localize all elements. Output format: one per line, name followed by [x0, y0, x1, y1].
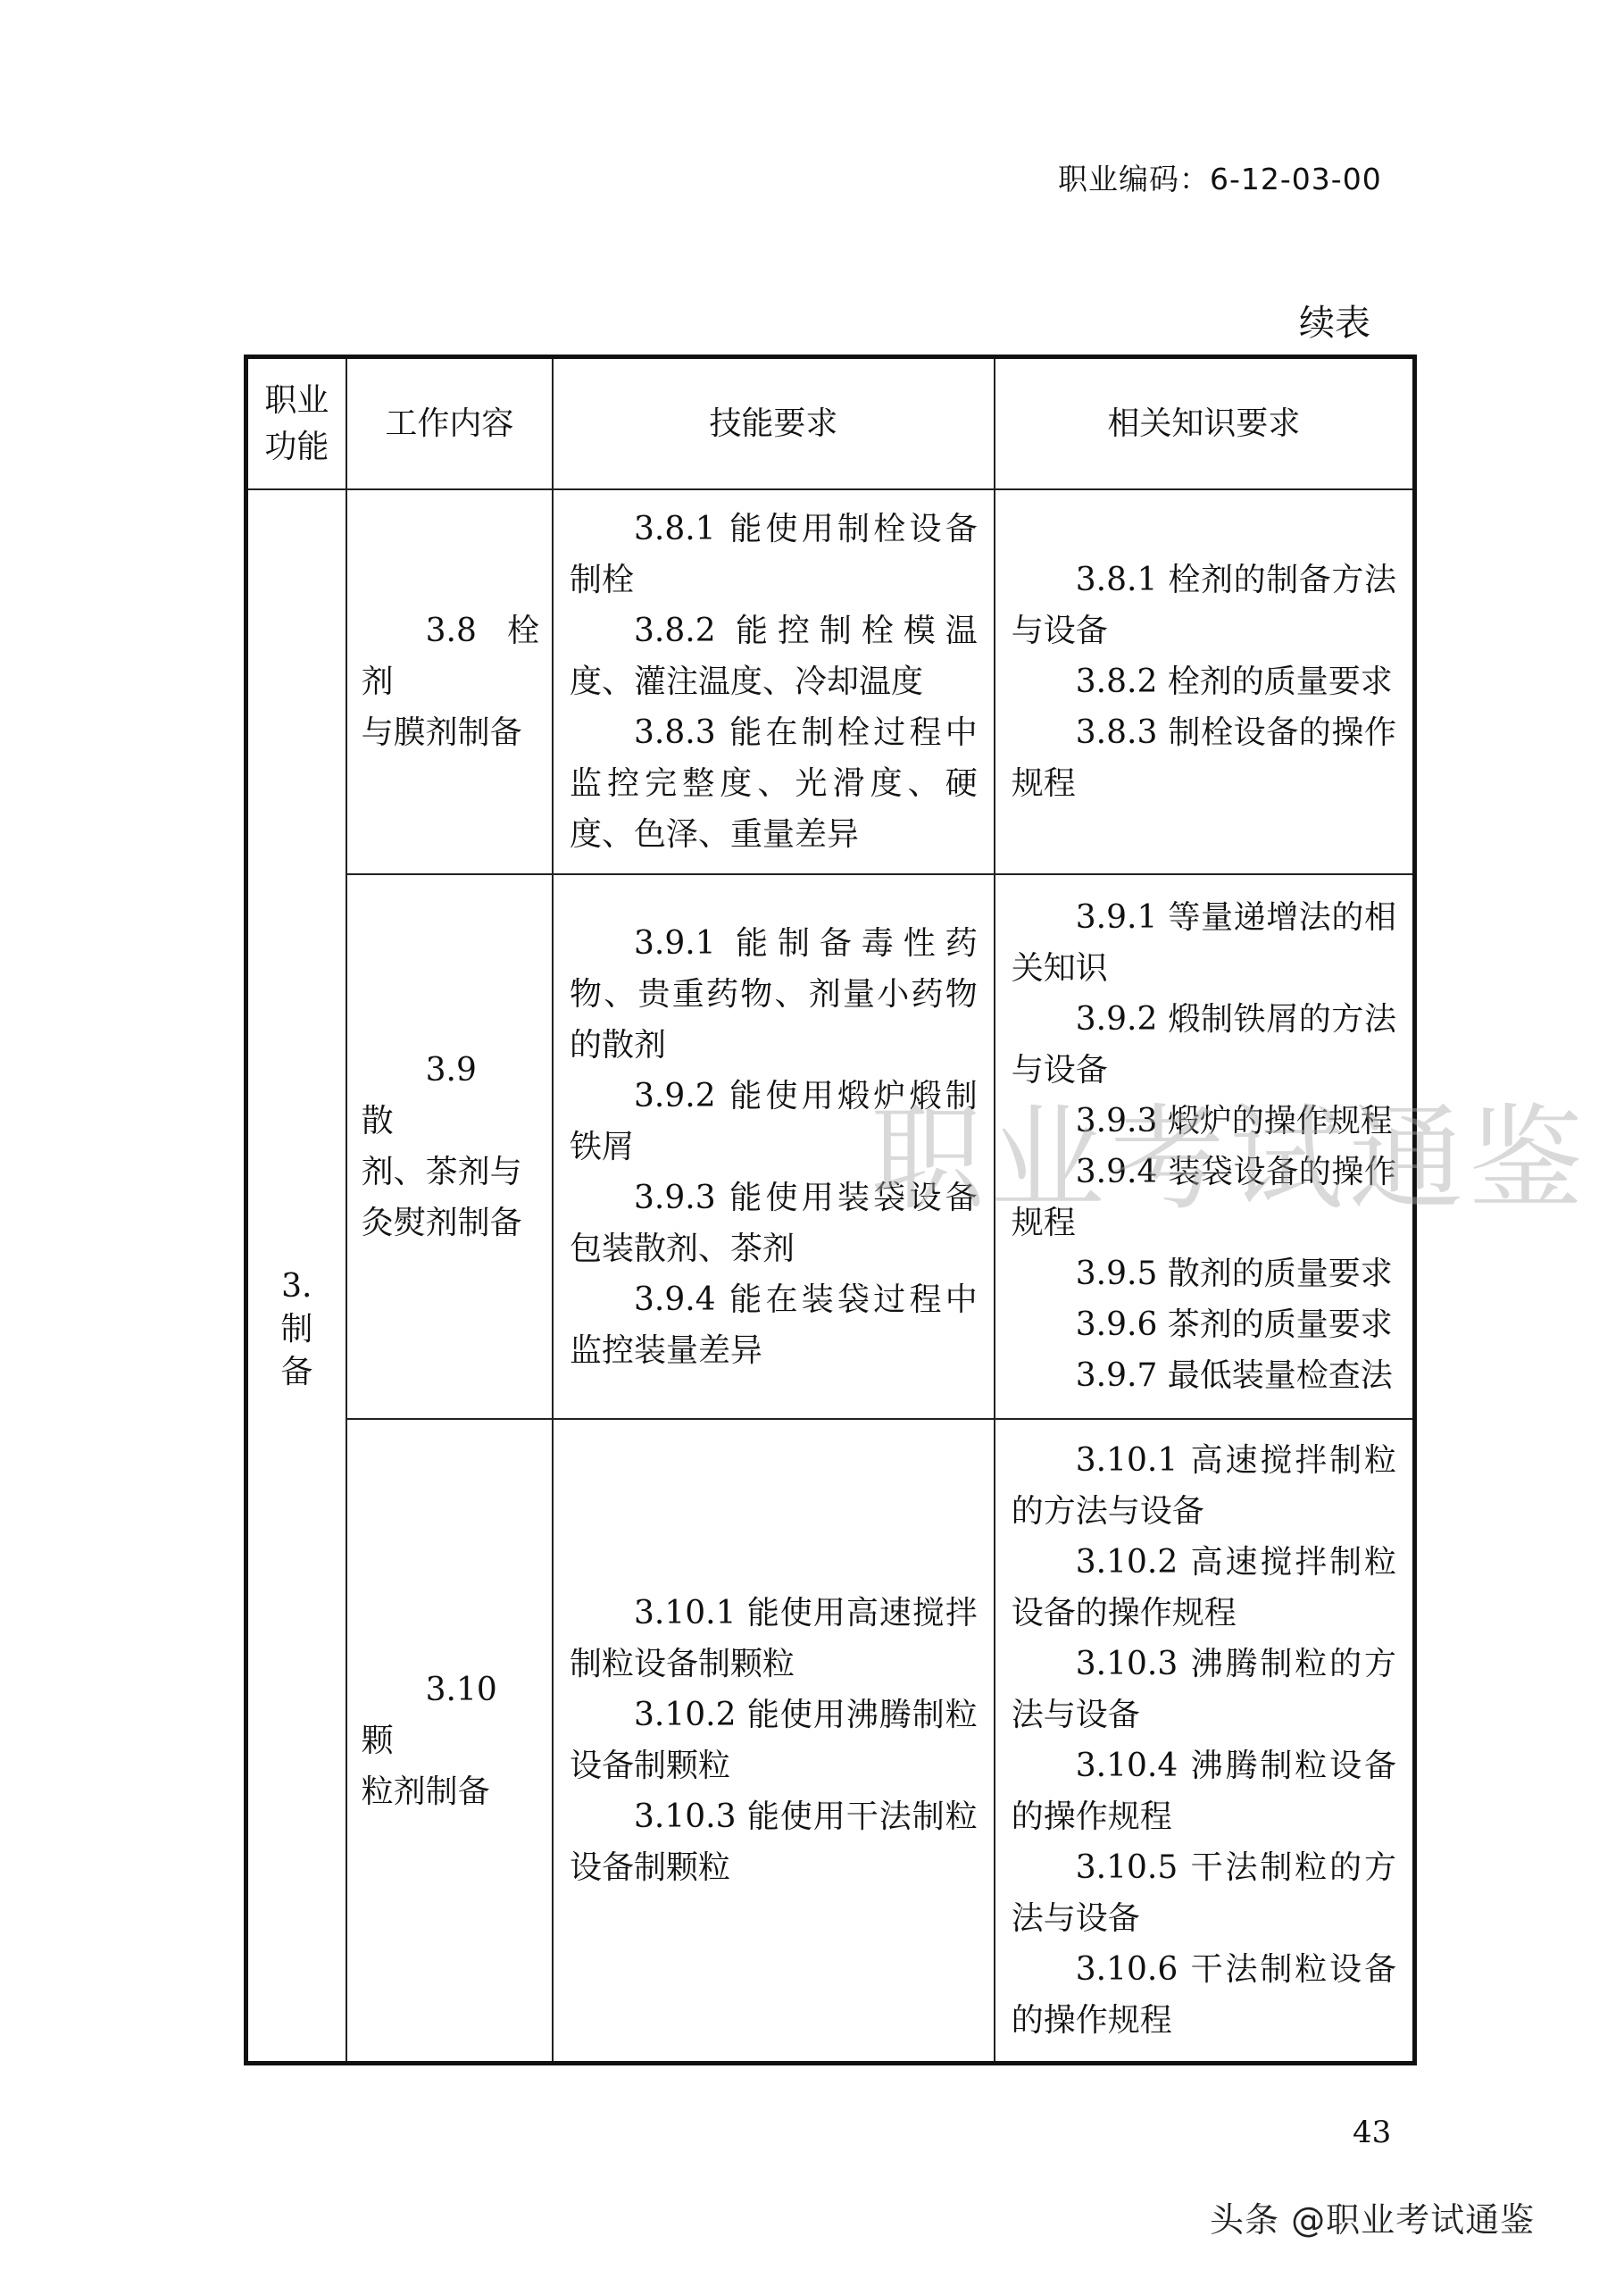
source-brand-label: 头条 @职业考试通鉴	[1210, 2192, 1535, 2241]
knowledge-item: 3.9.5 散剂的质量要求	[1012, 1248, 1396, 1299]
work-content-line: 粒剂制备	[362, 1766, 539, 1817]
skill-item: 3.10.2 能使用沸腾制粒设备制颗粒	[570, 1690, 978, 1791]
work-content-cell: 3.8 栓剂 与膜剂制备	[346, 489, 553, 874]
work-content-cell: 3.9 散 剂、茶剂与 灸熨剂制备	[346, 874, 553, 1419]
knowledge-item: 3.9.4 装袋设备的操作规程	[1012, 1147, 1396, 1248]
work-content-line: 灸熨剂制备	[362, 1197, 539, 1248]
work-content-line: 3.8 栓剂	[362, 605, 539, 707]
occupation-standard-table: 职业 功能 工作内容 技能要求 相关知识要求 3. 制 备 3.8 栓剂 与膜剂…	[244, 355, 1417, 2065]
work-content-line: 剂、茶剂与	[362, 1147, 539, 1197]
skill-item: 3.8.2 能控制栓模温度、灌注温度、冷却温度	[570, 605, 978, 707]
skill-item: 3.10.1 能使用高速搅拌制粒设备制颗粒	[570, 1588, 978, 1690]
header-skill-requirements: 技能要求	[553, 357, 995, 490]
work-content-line: 与膜剂制备	[362, 707, 539, 758]
work-content-line: 3.9 散	[362, 1045, 539, 1147]
knowledge-item: 3.9.7 最低装量检查法	[1012, 1350, 1396, 1401]
skills-cell: 3.9.1 能制备毒性药物、贵重药物、剂量小药物的散剂 3.9.2 能使用煅炉煅…	[553, 874, 995, 1419]
function-number: 3.	[248, 1265, 346, 1308]
function-char: 制	[248, 1308, 346, 1351]
skill-item: 3.9.1 能制备毒性药物、贵重药物、剂量小药物的散剂	[570, 918, 978, 1071]
knowledge-item: 3.9.1 等量递增法的相关知识	[1012, 892, 1396, 994]
page-number: 43	[1353, 2115, 1391, 2150]
knowledge-cell: 3.8.1 栓剂的制备方法与设备 3.8.2 栓剂的质量要求 3.8.3 制栓设…	[995, 489, 1415, 874]
knowledge-cell: 3.10.1 高速搅拌制粒的方法与设备 3.10.2 高速搅拌制粒设备的操作规程…	[995, 1419, 1415, 2064]
header-work-content: 工作内容	[346, 357, 553, 490]
occupation-function-cell: 3. 制 备	[246, 489, 346, 2064]
knowledge-item: 3.10.4 沸腾制粒设备的操作规程	[1012, 1740, 1396, 1842]
knowledge-item: 3.9.3 煅炉的操作规程	[1012, 1096, 1396, 1147]
header-knowledge-requirements: 相关知识要求	[995, 357, 1415, 490]
knowledge-item: 3.9.2 煅制铁屑的方法与设备	[1012, 994, 1396, 1096]
knowledge-item: 3.10.5 干法制粒的方法与设备	[1012, 1842, 1396, 1944]
skills-cell: 3.8.1 能使用制栓设备制栓 3.8.2 能控制栓模温度、灌注温度、冷却温度 …	[553, 489, 995, 874]
knowledge-item: 3.8.2 栓剂的质量要求	[1012, 656, 1396, 707]
knowledge-item: 3.10.2 高速搅拌制粒设备的操作规程	[1012, 1537, 1396, 1639]
knowledge-item: 3.10.1 高速搅拌制粒的方法与设备	[1012, 1435, 1396, 1537]
skill-item: 3.8.3 能在制栓过程中监控完整度、光滑度、硬度、色泽、重量差异	[570, 707, 978, 860]
skill-item: 3.9.4 能在装袋过程中监控装量差异	[570, 1274, 978, 1376]
knowledge-item: 3.10.3 沸腾制粒的方法与设备	[1012, 1639, 1396, 1740]
skill-item: 3.9.3 能使用装袋设备包装散剂、茶剂	[570, 1172, 978, 1274]
knowledge-cell: 3.9.1 等量递增法的相关知识 3.9.2 煅制铁屑的方法与设备 3.9.3 …	[995, 874, 1415, 1419]
table-row: 3.10 颗 粒剂制备 3.10.1 能使用高速搅拌制粒设备制颗粒 3.10.2…	[246, 1419, 1415, 2064]
header-occupation-function: 职业 功能	[246, 357, 346, 490]
knowledge-item: 3.9.6 茶剂的质量要求	[1012, 1299, 1396, 1350]
skills-cell: 3.10.1 能使用高速搅拌制粒设备制颗粒 3.10.2 能使用沸腾制粒设备制颗…	[553, 1419, 995, 2064]
skill-item: 3.8.1 能使用制栓设备制栓	[570, 504, 978, 605]
table-row: 3. 制 备 3.8 栓剂 与膜剂制备 3.8.1 能使用制栓设备制栓 3.8.…	[246, 489, 1415, 874]
knowledge-item: 3.10.6 干法制粒设备的操作规程	[1012, 1944, 1396, 2046]
skill-item: 3.9.2 能使用煅炉煅制铁屑	[570, 1071, 978, 1172]
skill-item: 3.10.3 能使用干法制粒设备制颗粒	[570, 1791, 978, 1893]
table-header-row: 职业 功能 工作内容 技能要求 相关知识要求	[246, 357, 1415, 490]
function-char: 备	[248, 1351, 346, 1394]
continued-table-label: 续表	[1299, 295, 1370, 346]
knowledge-item: 3.8.1 栓剂的制备方法与设备	[1012, 555, 1396, 656]
header-func-line2: 功能	[248, 424, 346, 471]
table-row: 3.9 散 剂、茶剂与 灸熨剂制备 3.9.1 能制备毒性药物、贵重药物、剂量小…	[246, 874, 1415, 1419]
knowledge-item: 3.8.3 制栓设备的操作规程	[1012, 707, 1396, 809]
work-content-cell: 3.10 颗 粒剂制备	[346, 1419, 553, 2064]
header-func-line1: 职业	[248, 378, 346, 424]
work-content-line: 3.10 颗	[362, 1665, 539, 1766]
occupation-code: 职业编码：6-12-03-00	[1058, 156, 1382, 198]
